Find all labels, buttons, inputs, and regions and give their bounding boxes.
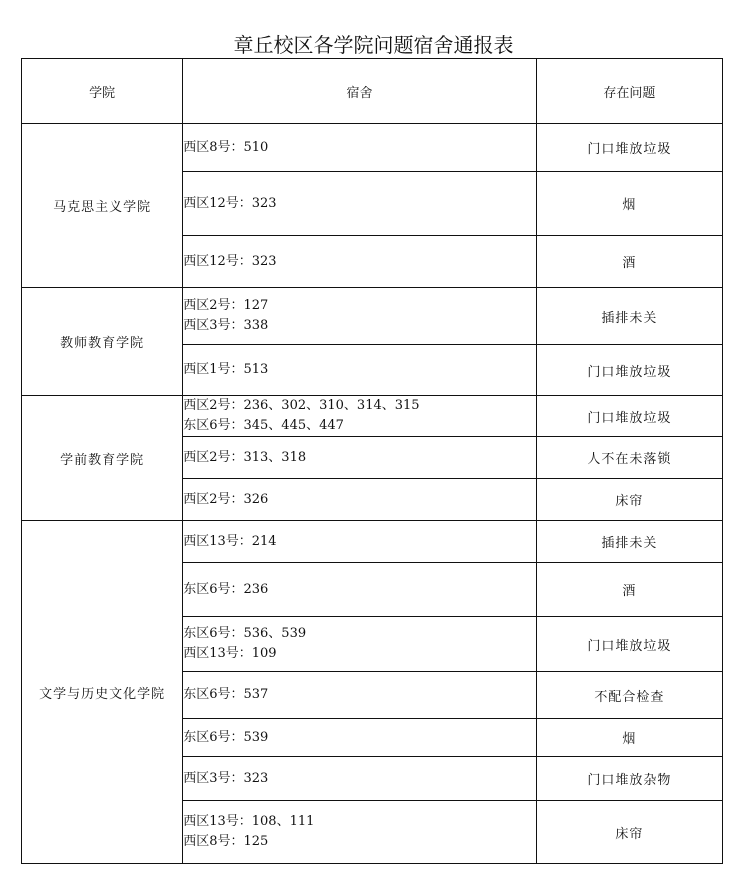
issue-cell: 烟 [536,719,722,757]
dorm-line: 西区2号：313、318 [183,448,536,468]
dorm-line: 东区6号：539 [183,728,536,748]
table-row: 文学与历史文化学院 西区13号：214 插排未关 [22,521,723,563]
issue-cell: 门口堆放杂物 [536,757,722,801]
dorm-cell: 西区13号：214 [183,521,537,563]
college-cell: 文学与历史文化学院 [22,521,183,864]
dorm-cell: 西区13号：108、111 西区8号：125 [183,801,537,864]
issue-cell: 门口堆放垃圾 [536,345,722,396]
issue-cell: 插排未关 [536,521,722,563]
dorm-line: 西区8号：125 [183,832,536,852]
dorm-cell: 西区3号：323 [183,757,537,801]
dorm-line: 西区12号：323 [183,194,536,214]
dorm-cell: 西区8号：510 [183,124,537,172]
dorm-line: 东区6号：345、445、447 [183,416,536,436]
dorm-line: 西区13号：214 [183,532,536,552]
dorm-line: 西区3号：338 [183,316,536,336]
issue-cell: 烟 [536,172,722,236]
dorm-cell: 东区6号：236 [183,563,537,617]
dorm-cell: 西区1号：513 [183,345,537,396]
issue-cell: 门口堆放垃圾 [536,396,722,437]
issue-cell: 酒 [536,236,722,288]
college-cell: 学前教育学院 [22,396,183,521]
header-issue: 存在问题 [536,59,722,124]
dorm-line: 西区2号：236、302、310、314、315 [183,396,536,416]
dorm-cell: 西区2号：313、318 [183,437,537,479]
dorm-cell: 西区2号：236、302、310、314、315 东区6号：345、445、44… [183,396,537,437]
dorm-line: 西区8号：510 [183,138,536,158]
issue-cell: 人不在未落锁 [536,437,722,479]
dorm-cell: 西区12号：323 [183,236,537,288]
dorm-cell: 东区6号：537 [183,672,537,719]
header-college: 学院 [22,59,183,124]
dorm-cell: 西区2号：127 西区3号：338 [183,288,537,345]
dorm-line: 西区2号：326 [183,490,536,510]
dorm-line: 西区13号：109 [183,644,536,664]
table-row: 马克思主义学院 西区8号：510 门口堆放垃圾 [22,124,723,172]
issue-cell: 插排未关 [536,288,722,345]
issue-cell: 门口堆放垃圾 [536,124,722,172]
college-cell: 马克思主义学院 [22,124,183,288]
issue-cell: 酒 [536,563,722,617]
dorm-cell: 西区12号：323 [183,172,537,236]
dorm-line: 东区6号：537 [183,685,536,705]
dorm-line: 西区3号：323 [183,769,536,789]
table-row: 教师教育学院 西区2号：127 西区3号：338 插排未关 [22,288,723,345]
dorm-issue-table: 学院 宿舍 存在问题 马克思主义学院 西区8号：510 门口堆放垃圾 西区12号… [21,58,723,864]
dorm-line: 东区6号：536、539 [183,624,536,644]
college-cell: 教师教育学院 [22,288,183,396]
header-dorm: 宿舍 [183,59,537,124]
issue-cell: 床帘 [536,479,722,521]
dorm-line: 西区1号：513 [183,360,536,380]
issue-cell: 床帘 [536,801,722,864]
issue-cell: 不配合检查 [536,672,722,719]
dorm-line: 西区2号：127 [183,296,536,316]
table-row: 学前教育学院 西区2号：236、302、310、314、315 东区6号：345… [22,396,723,437]
dorm-line: 西区13号：108、111 [183,812,536,832]
dorm-cell: 西区2号：326 [183,479,537,521]
dorm-cell: 东区6号：536、539 西区13号：109 [183,617,537,672]
table-body: 马克思主义学院 西区8号：510 门口堆放垃圾 西区12号：323 烟 西区12… [22,124,723,864]
dorm-line: 西区12号：323 [183,252,536,272]
dorm-line: 东区6号：236 [183,580,536,600]
dorm-cell: 东区6号：539 [183,719,537,757]
issue-cell: 门口堆放垃圾 [536,617,722,672]
table-header-row: 学院 宿舍 存在问题 [22,59,723,124]
report-title: 章丘校区各学院问题宿舍通报表 [0,29,747,58]
